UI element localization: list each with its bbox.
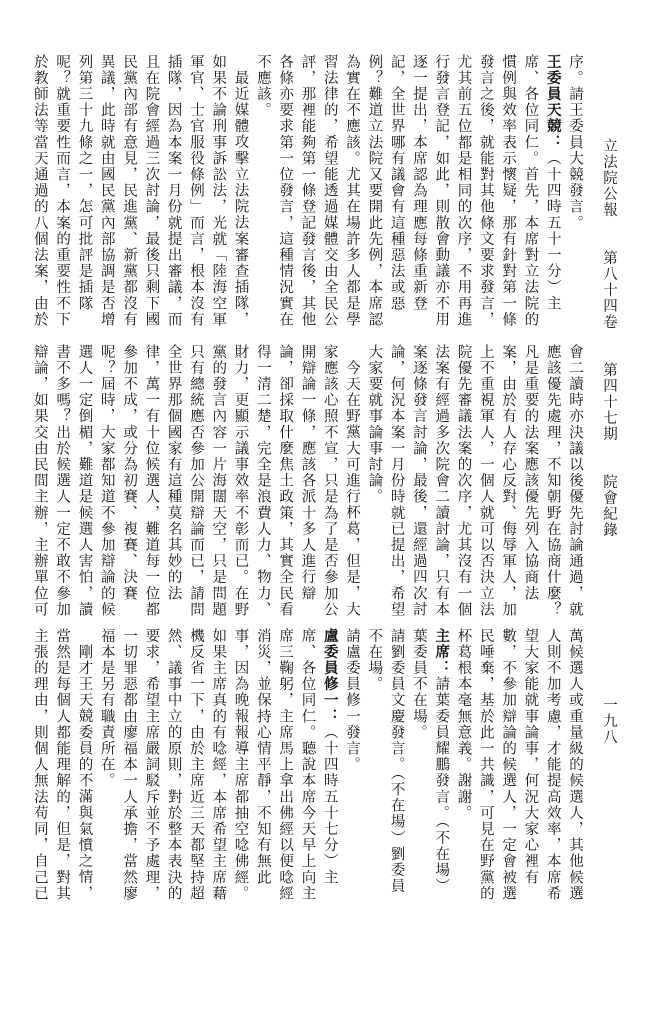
speaker-name: 王委員天競： [545, 54, 561, 151]
speaker-name: 盧委員修一： [322, 628, 338, 725]
paragraph: 王委員天競：（十四時五十一分）主席、各位同仁。首先，本席對立法院的慣例與效率表示… [252, 54, 564, 328]
paragraph: 盧委員修一：（十四時五十七分）主席、各位同仁。聽說本席今天早上向主席三鞠躬，主席… [95, 628, 340, 902]
paragraph: 請劉委員文慶發言。（不在場）劉委員不在場。 [363, 628, 408, 902]
band-3: 萬候選人或重量級的候選人，其他候選人則不加考慮，才能提高效率，本席希望大家能就事… [28, 628, 586, 902]
speaker-name: 主席： [433, 628, 449, 676]
paragraph: 主席：請葉委員耀鵬發言。（不在場）葉委員不在場。 [408, 628, 453, 902]
paragraph: 剛才王天競委員的不滿與氣憤之情，當然是每個人都能理解的，但是，對其主張的理由，則… [29, 628, 96, 902]
paragraph: 請盧委員修一發言。 [341, 628, 363, 902]
paragraph: 最近媒體攻擊立法院法案審查插隊，如果不論刑事訴訟法，光就「陸海空軍軍官、士官服役… [28, 54, 252, 328]
paragraph: 今天在野黨大可進行杯葛，但是，大家應該心照不宣，只是為了是否參加公開辯論一條，應… [28, 344, 363, 618]
paragraph: 會二讀時亦決議以後優先討論通過，就應該優先處理，不知朝野在協商什麼？凡是重要的法… [363, 344, 586, 618]
paragraph: 序。請王委員大競發言。 [564, 54, 586, 328]
band-1: 序。請王委員大競發言。王委員天競：（十四時五十一分）主席、各位同仁。首先，本席對… [28, 54, 586, 328]
gazette-page: 立法院公報 第八十四卷 第四十七期 院會紀錄 一九八 序。請王委員大競發言。王委… [0, 0, 666, 1024]
gazette-header-title: 立法院公報 第八十四卷 第四十七期 院會紀錄 [596, 138, 622, 498]
page-number: 一九八 [596, 697, 622, 787]
band-2: 會二讀時亦決議以後優先討論通過，就應該優先處理，不知朝野在協商什麼？凡是重要的法… [28, 344, 586, 618]
paragraph: 萬候選人或重量級的候選人，其他候選人則不加考慮，才能提高效率，本席希望大家能就事… [452, 628, 586, 902]
